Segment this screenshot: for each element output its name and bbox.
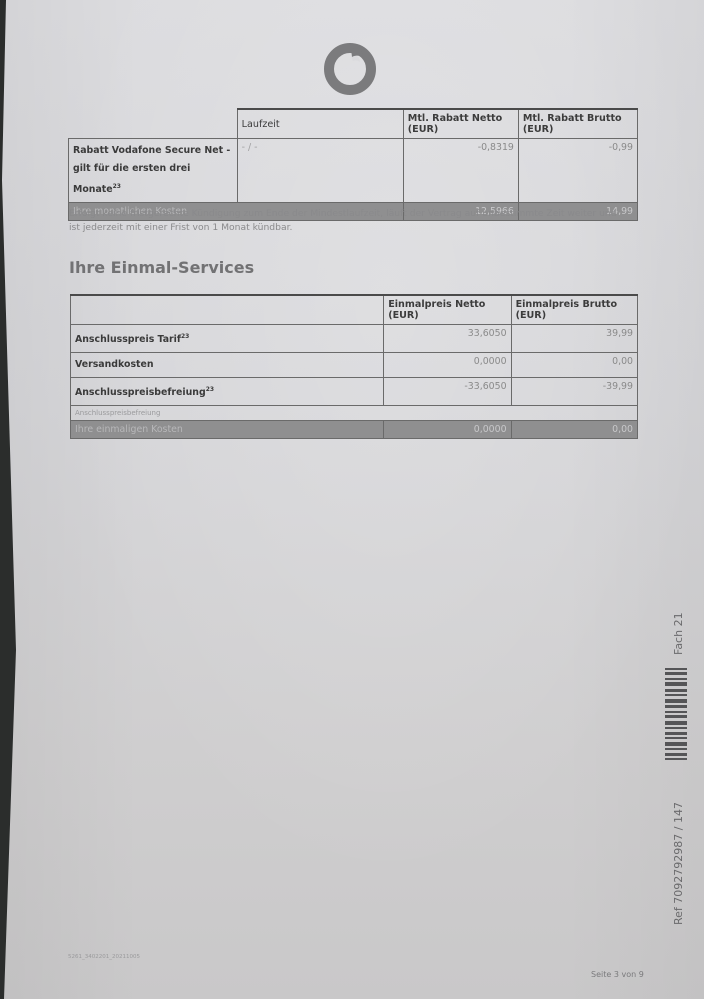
reference-number: Ref 7092792987 / 147 xyxy=(672,802,685,925)
total-netto: 0,0000 xyxy=(384,421,511,439)
sub-note: Anschlusspreisbefreiung xyxy=(71,406,638,421)
row-brutto: 0,00 xyxy=(511,353,637,378)
cancellation-note: Erfolgt keine fristgerechte Kündigung zu… xyxy=(69,207,629,235)
section-title: Ihre Einmal-Services xyxy=(69,258,254,277)
one-time-services-table: Einmalpreis Netto (EUR) Einmalpreis Brut… xyxy=(70,294,638,439)
table-row: Versandkosten 0,0000 0,00 xyxy=(71,353,638,378)
row-netto: 33,6050 xyxy=(384,325,511,353)
document-page: Laufzeit Mtl. Rabatt Netto (EUR) Mtl. Ra… xyxy=(0,0,704,999)
monthly-discount-table: Laufzeit Mtl. Rabatt Netto (EUR) Mtl. Ra… xyxy=(68,108,638,221)
table-header-row: Laufzeit Mtl. Rabatt Netto (EUR) Mtl. Ra… xyxy=(69,109,638,139)
total-row: Ihre einmaligen Kosten 0,0000 0,00 xyxy=(71,421,638,439)
vodafone-logo-icon xyxy=(324,43,376,95)
row-label: Anschlusspreis Tarif23 xyxy=(71,325,384,353)
row-netto: -33,6050 xyxy=(384,378,511,406)
row-label: Rabatt Vodafone Secure Net - gilt für di… xyxy=(69,139,238,203)
total-brutto: 0,00 xyxy=(511,421,637,439)
column-header-brutto: Einmalpreis Brutto (EUR) xyxy=(511,295,637,325)
row-netto: -0,8319 xyxy=(403,139,518,203)
footer-code: 5261_3402201_20211005 xyxy=(68,954,140,960)
fach-label: Fach 21 xyxy=(672,612,685,655)
table-row: Anschlusspreis Tarif23 33,6050 39,99 xyxy=(71,325,638,353)
sub-note-row: Anschlusspreisbefreiung xyxy=(71,406,638,421)
row-laufzeit: - / - xyxy=(237,139,403,203)
row-label: Versandkosten xyxy=(71,353,384,378)
total-label: Ihre einmaligen Kosten xyxy=(71,421,384,439)
table-row: Anschlusspreisbefreiung23 -33,6050 -39,9… xyxy=(71,378,638,406)
table-header-row: Einmalpreis Netto (EUR) Einmalpreis Brut… xyxy=(71,295,638,325)
row-netto: 0,0000 xyxy=(384,353,511,378)
column-header-laufzeit: Laufzeit xyxy=(237,109,403,139)
row-brutto: 39,99 xyxy=(511,325,637,353)
column-header-netto: Mtl. Rabatt Netto (EUR) xyxy=(403,109,518,139)
row-label: Anschlusspreisbefreiung23 xyxy=(71,378,384,406)
table-row: Rabatt Vodafone Secure Net - gilt für di… xyxy=(69,139,638,203)
page-number: Seite 3 von 9 xyxy=(591,970,644,979)
row-brutto: -39,99 xyxy=(511,378,637,406)
column-header-netto: Einmalpreis Netto (EUR) xyxy=(384,295,511,325)
column-header-brutto: Mtl. Rabatt Brutto (EUR) xyxy=(518,109,637,139)
row-brutto: -0,99 xyxy=(518,139,637,203)
barcode-icon xyxy=(665,668,687,760)
